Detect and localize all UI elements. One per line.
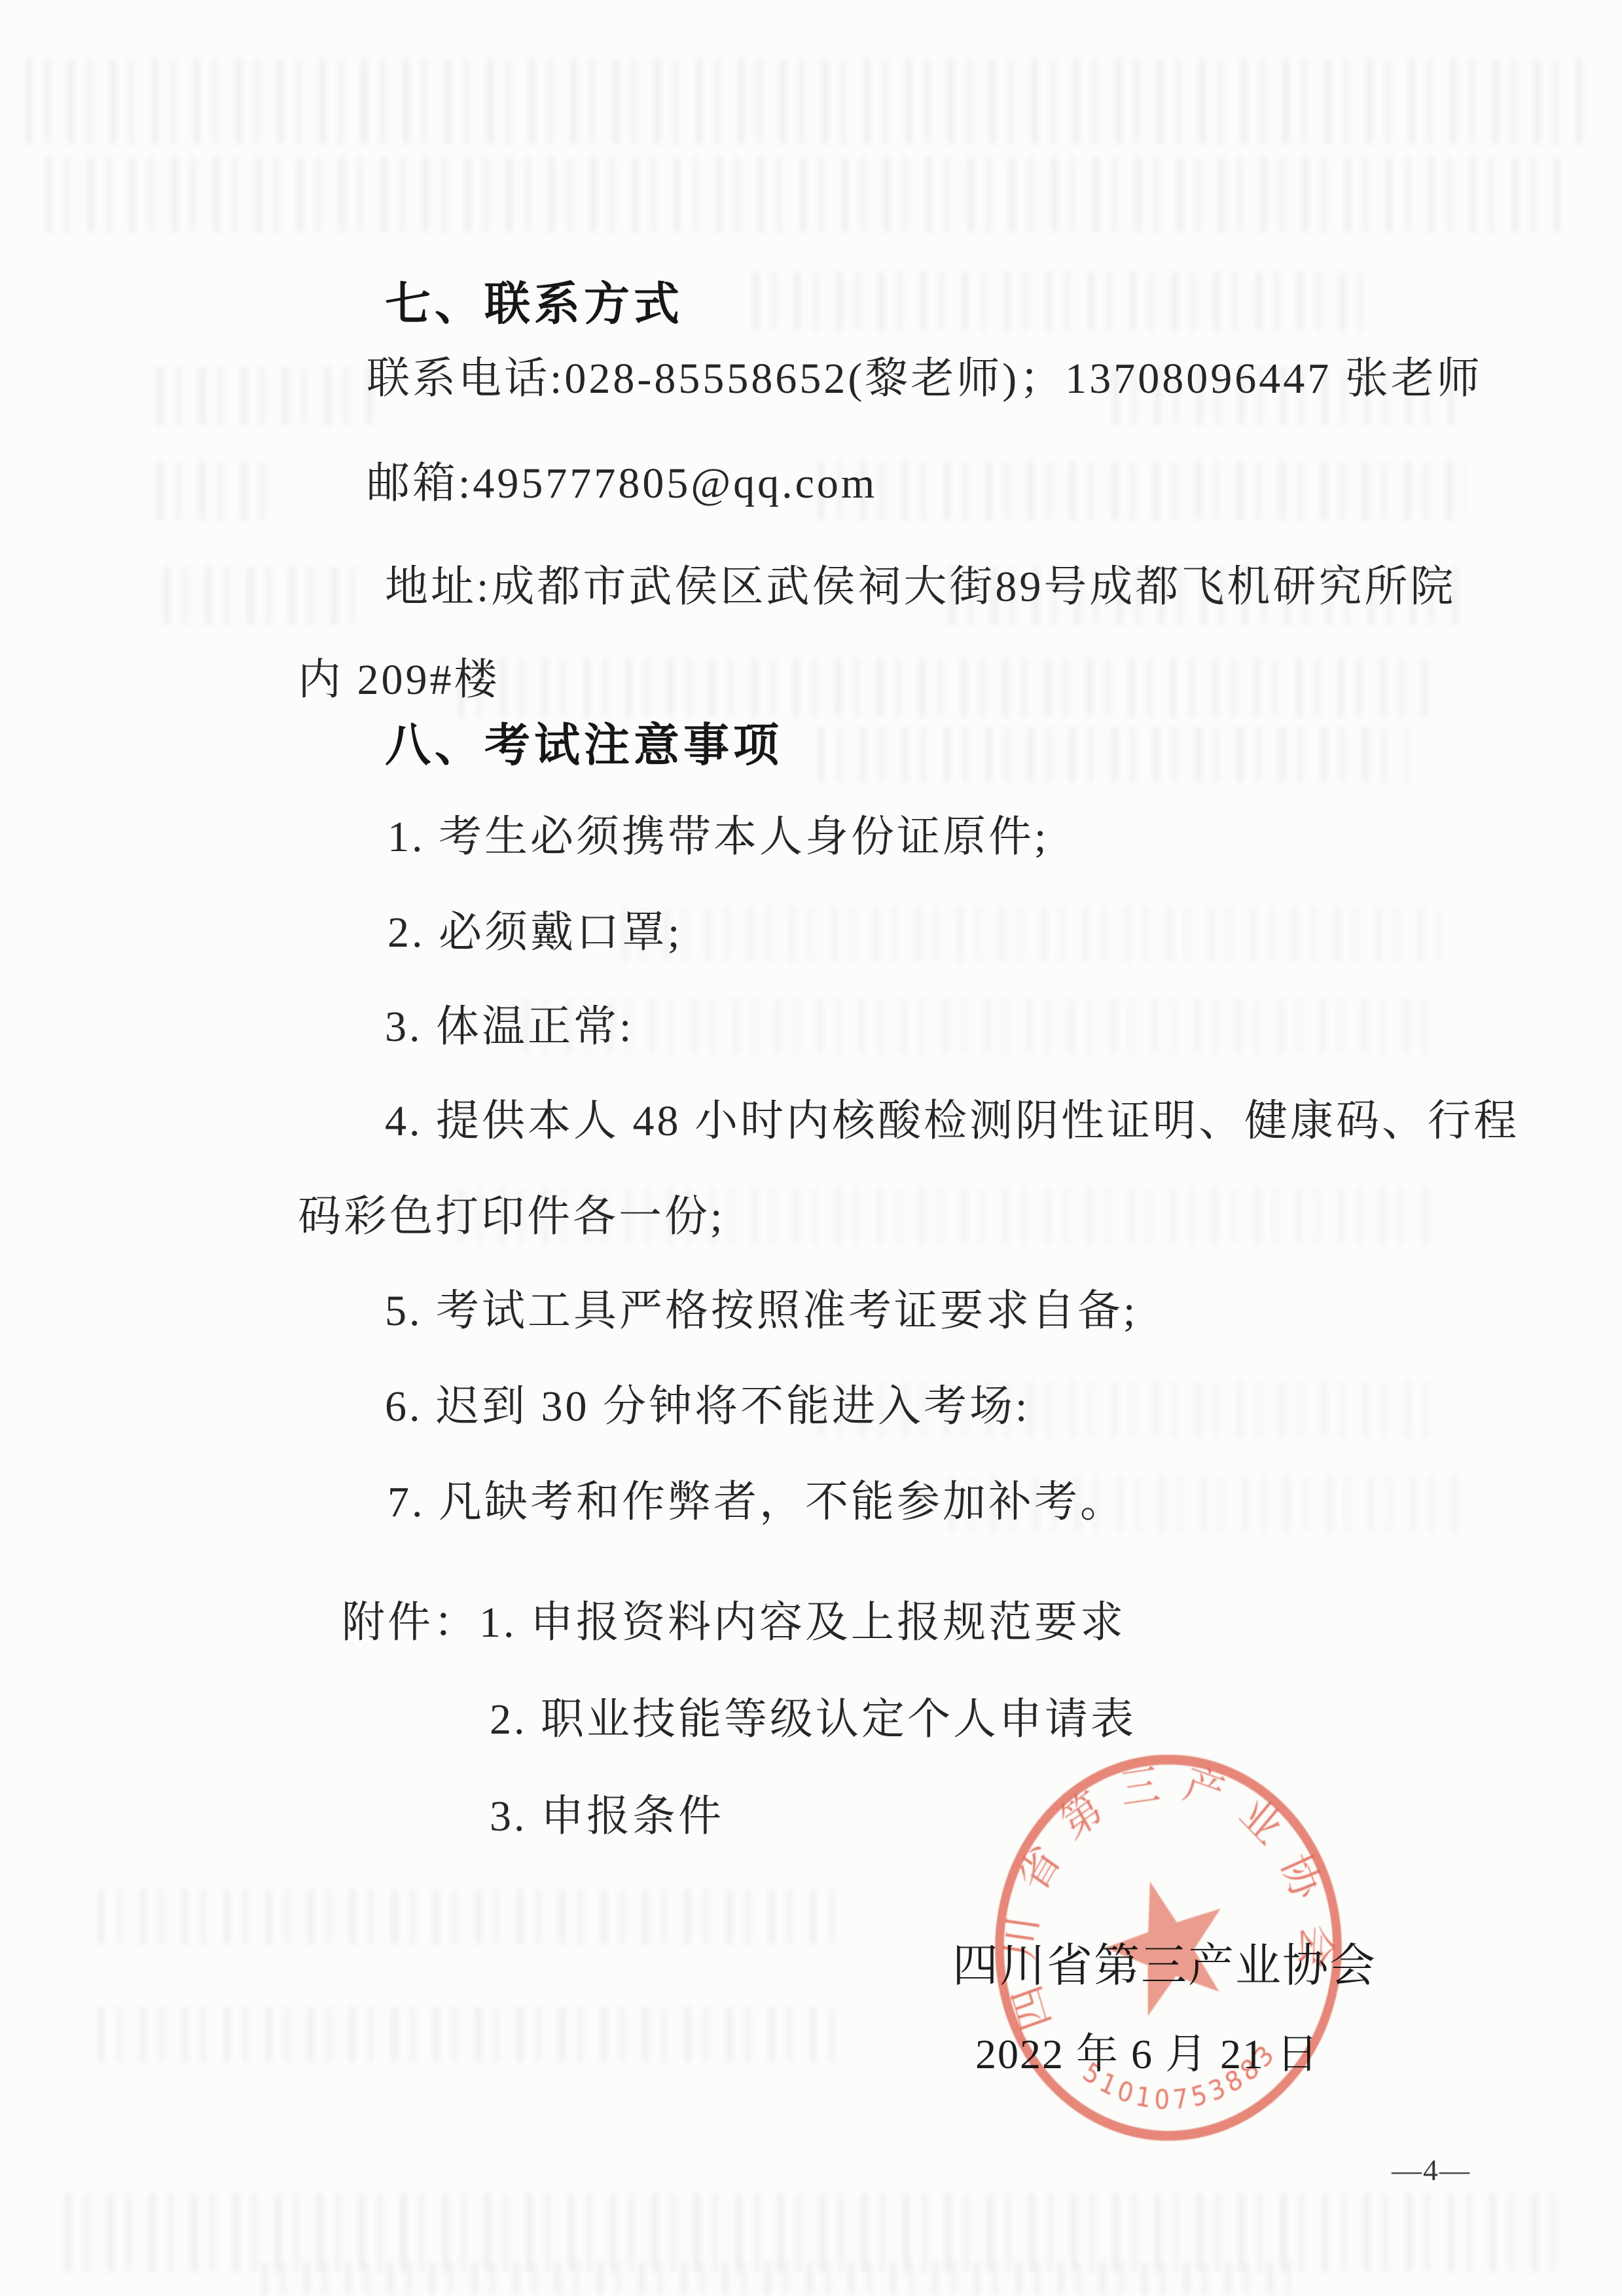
bleed-through-texture [818,462,1466,520]
bleed-through-texture [98,2007,851,2062]
attachments-label: 附件： [342,1599,479,1647]
bleed-through-texture [262,2262,1309,2295]
note-item-6: 6. 迟到 30 分钟将不能进入考场: [385,1371,1030,1433]
page-number: —4— [1392,2153,1471,2187]
contact-address-line-1: 地址:成都市武侯区武侯祠大街89号成都飞机研究所院 [385,551,1456,613]
section-contact-heading: 七、联系方式 [385,267,683,333]
section-notes-heading: 八、考试注意事项 [385,708,783,774]
bleed-through-texture [157,462,281,520]
bleed-through-texture [65,2193,1571,2272]
note-item-3: 3. 体温正常: [385,991,634,1053]
note-item-7: 7. 凡缺考和作弊者，不能参加补考。 [387,1467,1126,1529]
contact-email-line: 邮箱:495777805@qq.com [367,448,877,510]
note-item-5: 5. 考试工具严格按照准考证要求自备; [385,1275,1138,1338]
attachment-item-2: 2. 职业技能等级认定个人申请表 [490,1684,1136,1746]
contact-address-line-2: 内 209#楼 [298,644,500,706]
bleed-through-texture [622,907,1440,962]
bleed-through-texture [524,998,1440,1054]
bleed-through-texture [26,59,1591,144]
bleed-through-texture [818,727,1407,782]
bleed-through-texture [98,1889,851,1944]
signature-date: 2022 年 6 月 21 日 [975,2020,1320,2081]
signature-organization: 四川省第三产业协会 [952,1929,1377,1995]
attachments-row-1: 附件：1. 申报资料内容及上报规范要求 [342,1587,1126,1649]
attachment-item-3: 3. 申报条件 [490,1781,724,1843]
bleed-through-texture [164,566,360,625]
bleed-through-texture [157,367,373,426]
note-item-1: 1. 考生必须携带本人身份证原件; [387,801,1049,864]
bleed-through-texture [46,157,1571,232]
note-item-2: 2. 必须戴口罩; [387,897,682,959]
bleed-through-texture [753,272,1375,331]
contact-phone-line: 联系电话:028-85558652(黎老师)；13708096447 张老师 [367,343,1483,405]
note-item-4-line-2: 码彩色打印件各一份; [298,1181,725,1243]
scanned-document-page: 七、联系方式 联系电话:028-85558652(黎老师)；1370809644… [0,0,1622,2296]
note-item-4-line-1: 4. 提供本人 48 小时内核酸检测阴性证明、健康码、行程 [385,1085,1519,1148]
attachment-item-1: 1. 申报资料内容及上报规范要求 [479,1599,1126,1647]
